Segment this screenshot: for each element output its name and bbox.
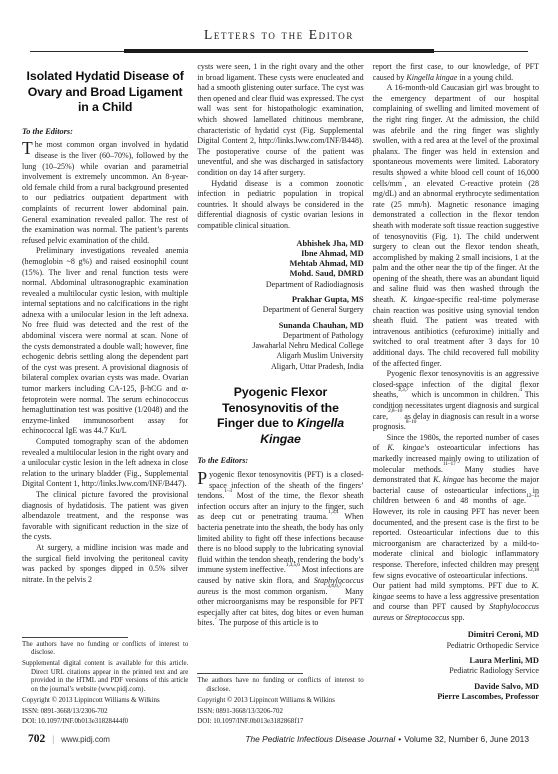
- column-right: report the first case, to our knowledge,…: [373, 62, 539, 729]
- footnote-list: The authors have no funding or conflicts…: [197, 677, 363, 727]
- page-footer: 702 | www.pidj.com The Pediatric Infecti…: [28, 729, 529, 747]
- column-left: Isolated Hydatid Disease of Ovary and Br…: [22, 62, 188, 729]
- italic-text: Staphylococcus aureus: [373, 602, 539, 622]
- author-affiliation: Pediatric Radiology Service: [373, 666, 539, 676]
- footnote-rule: [197, 673, 303, 674]
- author-name: Pierre Lascombes, Professor: [373, 692, 539, 702]
- reference-superscript: 3: [402, 175, 405, 181]
- footnote: Copyright © 2013 Lippincott Williams & W…: [197, 697, 363, 706]
- footnote: Copyright © 2013 Lippincott Williams & W…: [22, 697, 188, 706]
- paragraph: Hydatid disease is a common zoonotic inf…: [197, 179, 363, 232]
- author-name: Mehtab Ahmad, MD: [197, 259, 363, 269]
- author-affiliation: Jawaharlal Nehru Medical College: [197, 341, 363, 351]
- reference-superscript: 3,4,6,7: [327, 583, 341, 589]
- header-rule-bar: [124, 49, 434, 53]
- footnote: DOI: 10.1097/INF.0b013e3182868f17: [197, 718, 363, 727]
- author-name: Prakhar Gupta, MS: [197, 295, 363, 305]
- paragraph-text: yogenic flexor tenosynovitis (PFT) is a …: [197, 470, 363, 627]
- italic-text: Streptococcus: [405, 613, 450, 622]
- footnote: ISSN: 0891-3668/13/3206-702: [197, 708, 363, 717]
- footnote: ISSN: 0891-3668/13/2306-702: [22, 708, 188, 717]
- italic-text: K. kingae: [387, 443, 424, 452]
- italic-text: K. kingae: [373, 581, 539, 601]
- letter2-title: Pyogenic Flexor Tenosynovitis of the Fin…: [203, 385, 357, 447]
- paragraph: Since the 1980s, the reported number of …: [373, 433, 539, 624]
- author-affiliation: Aligarh, Uttar Pradesh, India: [197, 362, 363, 372]
- reference-superscript: 1,3,5,6: [286, 562, 300, 568]
- journal-website: www.pidj.com: [61, 735, 110, 744]
- page-header-title: Letters to the Editor: [0, 27, 558, 43]
- paragraph: Pyogenic flexor tenosynovitis is an aggr…: [373, 369, 539, 433]
- reference-superscript: 11–17: [443, 461, 456, 467]
- issue-info: Volume 32, Number 6, June 2013: [404, 734, 529, 744]
- journal-name: The Pediatric Infectious Disease Journal: [245, 734, 395, 744]
- author-affiliation: Aligarh Muslim University: [197, 351, 363, 361]
- paragraph: Pyogenic flexor tenosynovitis (PFT) is a…: [197, 470, 363, 629]
- author-affiliation: Department of Radiodiagnosis: [197, 280, 363, 290]
- reference-superscript: 12–15: [526, 493, 539, 499]
- italic-text: Kingella kingae: [406, 73, 457, 82]
- footnote: The authors have no funding or conflicts…: [197, 677, 363, 694]
- paragraph: Computed tomography scan of the abdomen …: [22, 437, 188, 490]
- header-rule: [30, 49, 528, 53]
- author-name: Ibne Ahmad, MD: [197, 249, 363, 259]
- column-center: cysts were seen, 1 in the right ovary an…: [197, 62, 363, 729]
- columns: Isolated Hydatid Disease of Ovary and Br…: [22, 62, 539, 729]
- reference-superscript: 4: [519, 387, 522, 393]
- author-name: Dimitri Ceroni, MD: [373, 630, 539, 640]
- paragraph: The most common organ involved in hydati…: [22, 140, 188, 246]
- footnote-list: The authors have no funding or conflicts…: [22, 641, 188, 727]
- footnote: Supplemental digital content is availabl…: [22, 660, 188, 695]
- reference-superscript: 8–10: [406, 419, 416, 425]
- journal-page: Letters to the Editor Isolated Hydatid D…: [0, 0, 558, 774]
- paragraph: The clinical picture favored the provisi…: [22, 490, 188, 543]
- author-name: Mohd. Saud, DMRD: [197, 269, 363, 279]
- footnote-rule: [22, 637, 128, 638]
- paragraph-text: he most common organ involved in hydatid…: [22, 140, 188, 244]
- letter1-authors: Abhishek Jha, MDIbne Ahmad, MDMehtab Ahm…: [197, 239, 363, 373]
- italic-text: K. kingae: [433, 475, 464, 484]
- author-affiliation: Department of Pathology: [197, 331, 363, 341]
- reference-superscript: 1,3,4: [328, 509, 338, 515]
- paragraph: At surgery, a midline incision was made …: [22, 543, 188, 585]
- footer-separator: |: [52, 734, 54, 744]
- letter1-title: Isolated Hydatid Disease of Ovary and Br…: [24, 69, 186, 116]
- paragraph: A 16-month-old Caucasian girl was brough…: [373, 83, 539, 369]
- reference-superscript: 7: [214, 615, 217, 621]
- footer-bullet: •: [398, 734, 401, 744]
- letter1-salutation: To the Editors:: [22, 127, 188, 138]
- drop-cap: P: [197, 470, 209, 486]
- paragraph: report the first case, to our knowledge,…: [373, 62, 539, 83]
- letter1-footnotes: The authors have no funding or conflicts…: [22, 635, 188, 729]
- paragraph: cysts were seen, 1 in the right ovary an…: [197, 62, 363, 179]
- author-name: Abhishek Jha, MD: [197, 239, 363, 249]
- reference-superscript: 12,18: [527, 567, 539, 573]
- footer-left: 702 | www.pidj.com: [28, 729, 110, 747]
- letter2-footnotes: The authors have no funding or conflicts…: [197, 671, 363, 729]
- letter2-authors: Dimitri Ceroni, MDPediatric Orthopedic S…: [373, 630, 539, 702]
- author-affiliation: Department of General Surgery: [197, 305, 363, 315]
- author-name: Laura Merlini, MD: [373, 656, 539, 666]
- footnote: The authors have no funding or conflicts…: [22, 641, 188, 658]
- reference-superscript: 1–3: [224, 488, 232, 494]
- italic-text: K. kingae: [401, 295, 435, 304]
- author-affiliation: Pediatric Orthopedic Service: [373, 641, 539, 651]
- page-number: 702: [28, 733, 45, 745]
- drop-cap: T: [22, 140, 35, 156]
- footnote: DOI: 10.1097/INF.0b013e31828444f0: [22, 718, 188, 727]
- author-name: Davide Salvo, MD: [373, 682, 539, 692]
- reference-superscript: 2,8–10: [388, 408, 402, 414]
- author-name: Sunanda Chauhan, MD: [197, 321, 363, 331]
- paragraph: Preliminary investigations revealed anem…: [22, 246, 188, 437]
- footer-right: The Pediatric Infectious Disease Journal…: [245, 734, 529, 744]
- reference-superscript: 2,3,7: [398, 387, 408, 393]
- letter2-salutation: To the Editors:: [197, 456, 363, 467]
- italic-text: Kingella Kingae: [260, 416, 344, 446]
